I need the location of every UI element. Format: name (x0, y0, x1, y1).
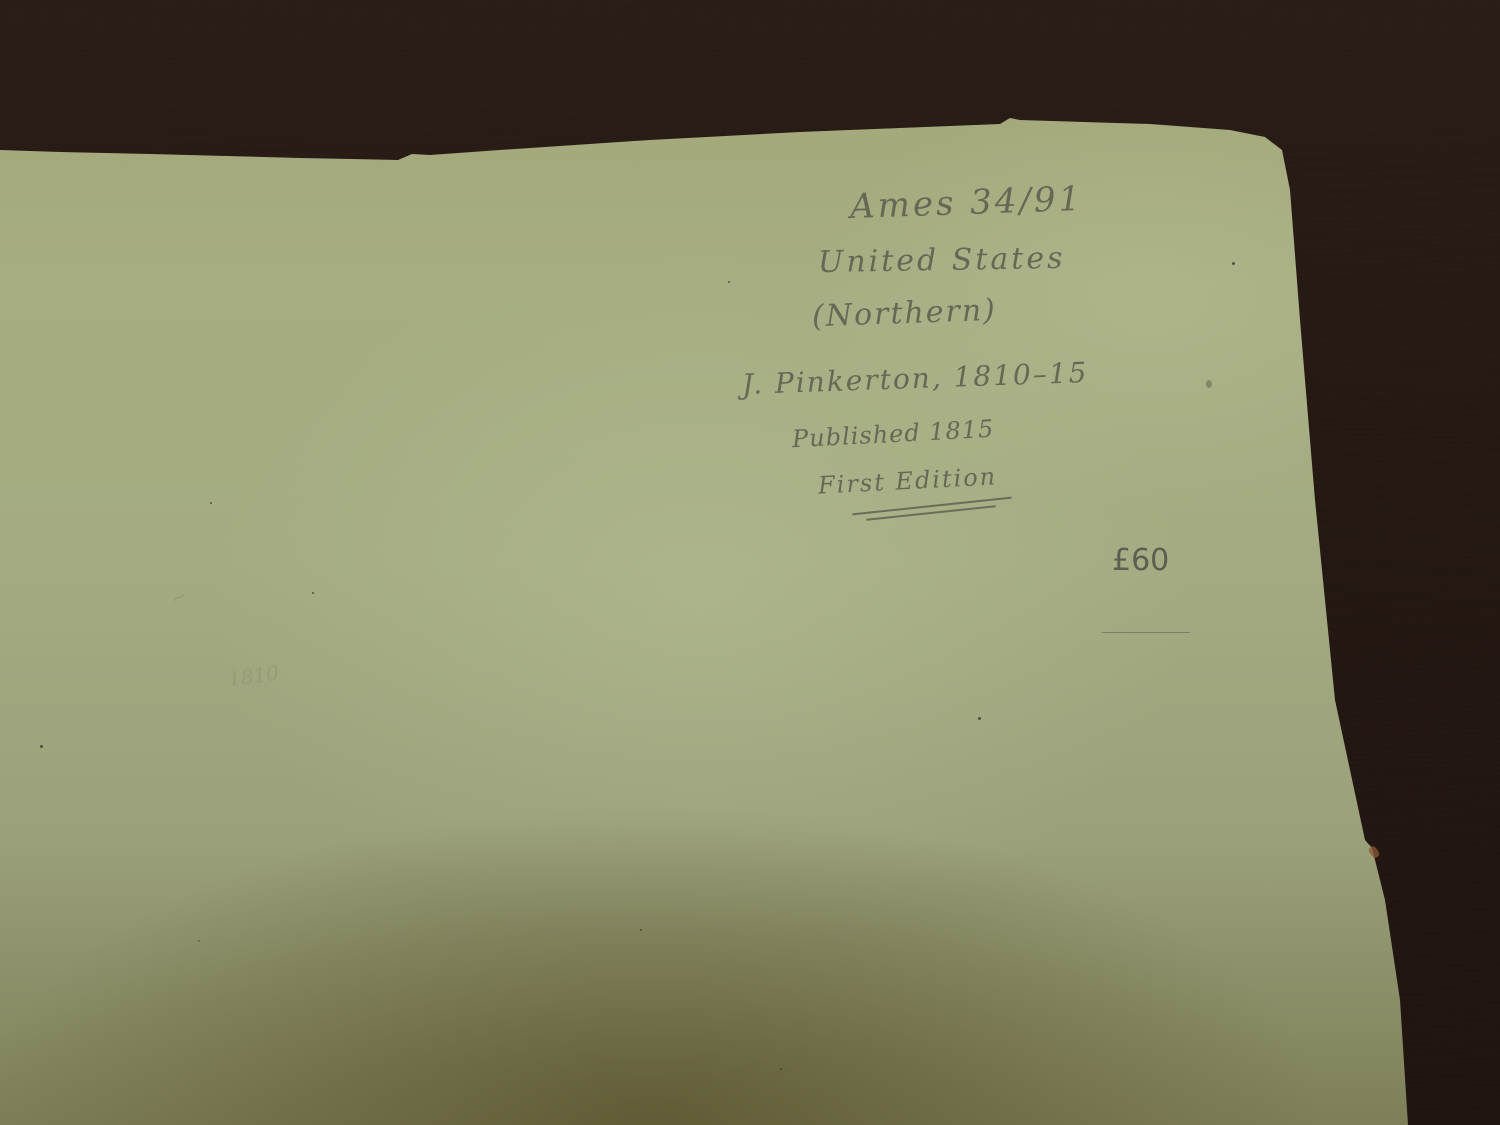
map-sheet-back (0, 0, 1500, 1125)
paper-speck (780, 1068, 782, 1070)
annotation-price: £60 (1112, 543, 1169, 578)
paper-speck (640, 929, 642, 931)
paper-speck (1232, 262, 1235, 265)
paper-speck (978, 717, 981, 720)
annotation-title: United States (818, 241, 1066, 280)
paper-speck (312, 592, 314, 594)
pencil-stroke (1102, 632, 1190, 633)
paper-speck (1206, 380, 1212, 388)
paper-speck (40, 745, 43, 748)
annotation-subtitle: (Northern) (811, 293, 997, 334)
paper-speck (198, 940, 200, 942)
annotation-catalog-number: Ames 34/91 (849, 179, 1083, 227)
paper-speck (210, 502, 212, 504)
paper-speck (728, 281, 730, 283)
